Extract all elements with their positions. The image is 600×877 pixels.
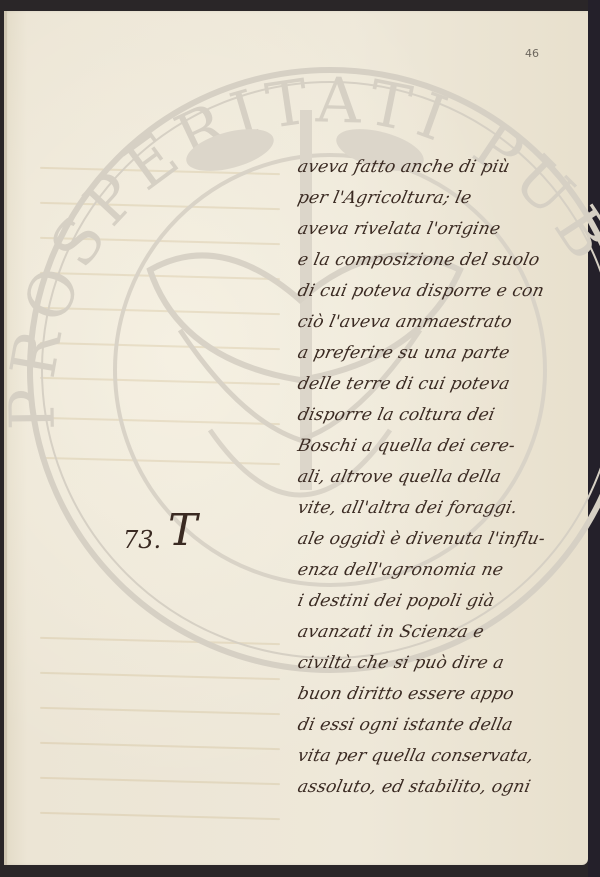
- text-line: delle terre di cui poteva: [296, 374, 512, 394]
- text-line: i destini dei popoli già: [296, 591, 496, 611]
- text-line: a preferire su una parte: [296, 343, 512, 363]
- text-line: di cui poteva disporre e con: [296, 281, 546, 301]
- text-line: avanzati in Scienza e: [296, 622, 486, 642]
- text-line: aveva rivelata l'origine: [296, 219, 502, 239]
- paragraph-number: 73.: [123, 526, 161, 554]
- text-line: civiltà che si può dire a: [296, 653, 506, 673]
- scan-border: [588, 0, 600, 877]
- text-line: per l'Agricoltura; le: [296, 188, 474, 208]
- text-line: ale oggidì è divenuta l'influ-: [296, 529, 547, 549]
- text-line: vite, all'altra dei foraggi.: [296, 498, 520, 518]
- page-number: 46: [525, 47, 539, 60]
- text-line: vita per quella conservata,: [296, 746, 536, 766]
- text-line: buon diritto essere appo: [296, 684, 516, 704]
- paragraph-initial: T: [168, 505, 197, 556]
- text-line: assoluto, ed stabilito, ogni: [296, 777, 533, 797]
- text-line: aveva fatto anche di più: [296, 157, 512, 177]
- text-line: ciò l'aveva ammaestrato: [296, 312, 514, 332]
- page-gutter: [4, 11, 7, 865]
- text-line: ali, altrove quella della: [296, 467, 503, 487]
- text-line: disporre la coltura dei: [296, 405, 497, 425]
- text-line: di essi ogni istante della: [296, 715, 515, 735]
- text-line: Boschi a quella dei cere-: [296, 436, 517, 456]
- text-line: e la composizione del suolo: [296, 250, 542, 270]
- text-line: enza dell'agronomia ne: [296, 560, 505, 580]
